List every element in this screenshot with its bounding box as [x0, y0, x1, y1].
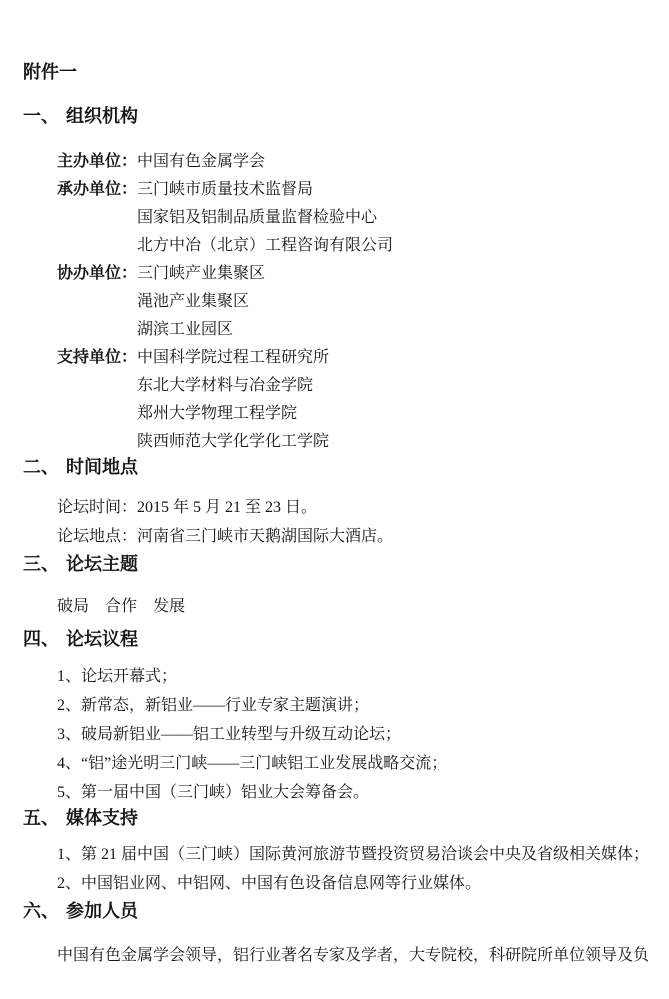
document-page: 附件一 一、 组织机构 主办单位： 中国有色金属学会 承办单位： 三门峡市质量技… — [0, 0, 669, 999]
org-row-value: 陕西师范大学化学化工学院 — [137, 428, 329, 456]
agenda-item: 4、“铝”途光明三门峡——三门峡铝工业发展战略交流； — [57, 749, 657, 778]
participants-paragraph: 中国有色金属学会领导，铝行业著名专家及学者，大专院校，科研院所单位领导及负 — [57, 941, 657, 970]
org-row-value: 三门峡市质量技术监督局 — [137, 176, 313, 204]
section-number: 一、 — [23, 105, 59, 127]
org-row-value: 中国科学院过程工程研究所 — [137, 344, 329, 372]
org-row-value: 渑池产业集聚区 — [137, 288, 249, 316]
org-row-label: 协办单位： — [57, 260, 137, 288]
org-row: 渑池产业集聚区 — [57, 288, 657, 316]
section-number: 五、 — [23, 807, 59, 829]
org-row-label — [57, 288, 137, 316]
org-row-value: 郑州大学物理工程学院 — [137, 400, 297, 428]
section-number: 四、 — [23, 628, 59, 650]
theme-line: 破局 合作 发展 — [57, 592, 657, 621]
org-row-label — [57, 232, 137, 260]
org-row: 主办单位： 中国有色金属学会 — [57, 148, 657, 176]
section-heading-time-place: 二、 时间地点 — [23, 456, 657, 478]
section-title: 论坛主题 — [66, 553, 138, 575]
section-title: 媒体支持 — [66, 807, 138, 829]
section-number: 六、 — [23, 900, 59, 922]
section-heading-participants: 六、 参加人员 — [23, 900, 657, 922]
agenda-list: 1、论坛开幕式； 2、新常态，新铝业——行业专家主题演讲； 3、破局新铝业——铝… — [57, 662, 657, 807]
section-title: 组织机构 — [66, 105, 138, 127]
org-row: 陕西师范大学化学化工学院 — [57, 428, 657, 456]
org-row: 承办单位： 三门峡市质量技术监督局 — [57, 176, 657, 204]
org-row-label — [57, 400, 137, 428]
section-title: 参加人员 — [66, 900, 138, 922]
agenda-item: 3、破局新铝业——铝工业转型与升级互动论坛； — [57, 720, 657, 749]
org-row-label — [57, 204, 137, 232]
org-row-value: 东北大学材料与冶金学院 — [137, 372, 313, 400]
section-number: 二、 — [23, 456, 59, 478]
time-place-block: 论坛时间：2015 年 5 月 21 至 23 日。 论坛地点：河南省三门峡市天… — [57, 493, 657, 551]
section-heading-organization: 一、 组织机构 — [23, 105, 657, 127]
section-heading-theme: 三、 论坛主题 — [23, 553, 657, 575]
agenda-item: 5、第一届中国（三门峡）铝业大会筹备会。 — [57, 778, 657, 807]
section-title: 时间地点 — [66, 456, 138, 478]
agenda-item: 2、新常态，新铝业——行业专家主题演讲； — [57, 691, 657, 720]
org-row-value: 湖滨工业园区 — [137, 316, 233, 344]
theme-block: 破局 合作 发展 — [57, 592, 657, 621]
org-row: 郑州大学物理工程学院 — [57, 400, 657, 428]
org-row: 北方中冶（北京）工程咨询有限公司 — [57, 232, 657, 260]
org-row: 国家铝及铝制品质量监督检验中心 — [57, 204, 657, 232]
org-row: 支持单位： 中国科学院过程工程研究所 — [57, 344, 657, 372]
org-row-label: 主办单位： — [57, 148, 137, 176]
media-list: 1、第 21 届中国（三门峡）国际黄河旅游节暨投资贸易洽谈会中央及省级相关媒体；… — [57, 840, 657, 898]
section-heading-media: 五、 媒体支持 — [23, 807, 657, 829]
organization-rows: 主办单位： 中国有色金属学会 承办单位： 三门峡市质量技术监督局 国家铝及铝制品… — [57, 148, 657, 456]
org-row: 湖滨工业园区 — [57, 316, 657, 344]
participants-block: 中国有色金属学会领导，铝行业著名专家及学者，大专院校，科研院所单位领导及负 — [57, 941, 657, 970]
media-item: 1、第 21 届中国（三门峡）国际黄河旅游节暨投资贸易洽谈会中央及省级相关媒体； — [57, 840, 657, 869]
forum-time-line: 论坛时间：2015 年 5 月 21 至 23 日。 — [57, 493, 657, 522]
section-title: 论坛议程 — [66, 628, 138, 650]
agenda-item: 1、论坛开幕式； — [57, 662, 657, 691]
org-row-label — [57, 372, 137, 400]
org-row-value: 三门峡产业集聚区 — [137, 260, 265, 288]
org-row-label — [57, 428, 137, 456]
attachment-label: 附件一 — [23, 62, 657, 82]
media-item: 2、中国铝业网、中铝网、中国有色设备信息网等行业媒体。 — [57, 869, 657, 898]
org-row: 东北大学材料与冶金学院 — [57, 372, 657, 400]
org-row-value: 国家铝及铝制品质量监督检验中心 — [137, 204, 377, 232]
org-row-label: 承办单位： — [57, 176, 137, 204]
forum-place-line: 论坛地点：河南省三门峡市天鹅湖国际大酒店。 — [57, 522, 657, 551]
org-row-label: 支持单位： — [57, 344, 137, 372]
org-row: 协办单位： 三门峡产业集聚区 — [57, 260, 657, 288]
section-number: 三、 — [23, 553, 59, 575]
org-row-value: 中国有色金属学会 — [137, 148, 265, 176]
org-row-label — [57, 316, 137, 344]
section-heading-agenda: 四、 论坛议程 — [23, 628, 657, 650]
org-row-value: 北方中冶（北京）工程咨询有限公司 — [137, 232, 393, 260]
